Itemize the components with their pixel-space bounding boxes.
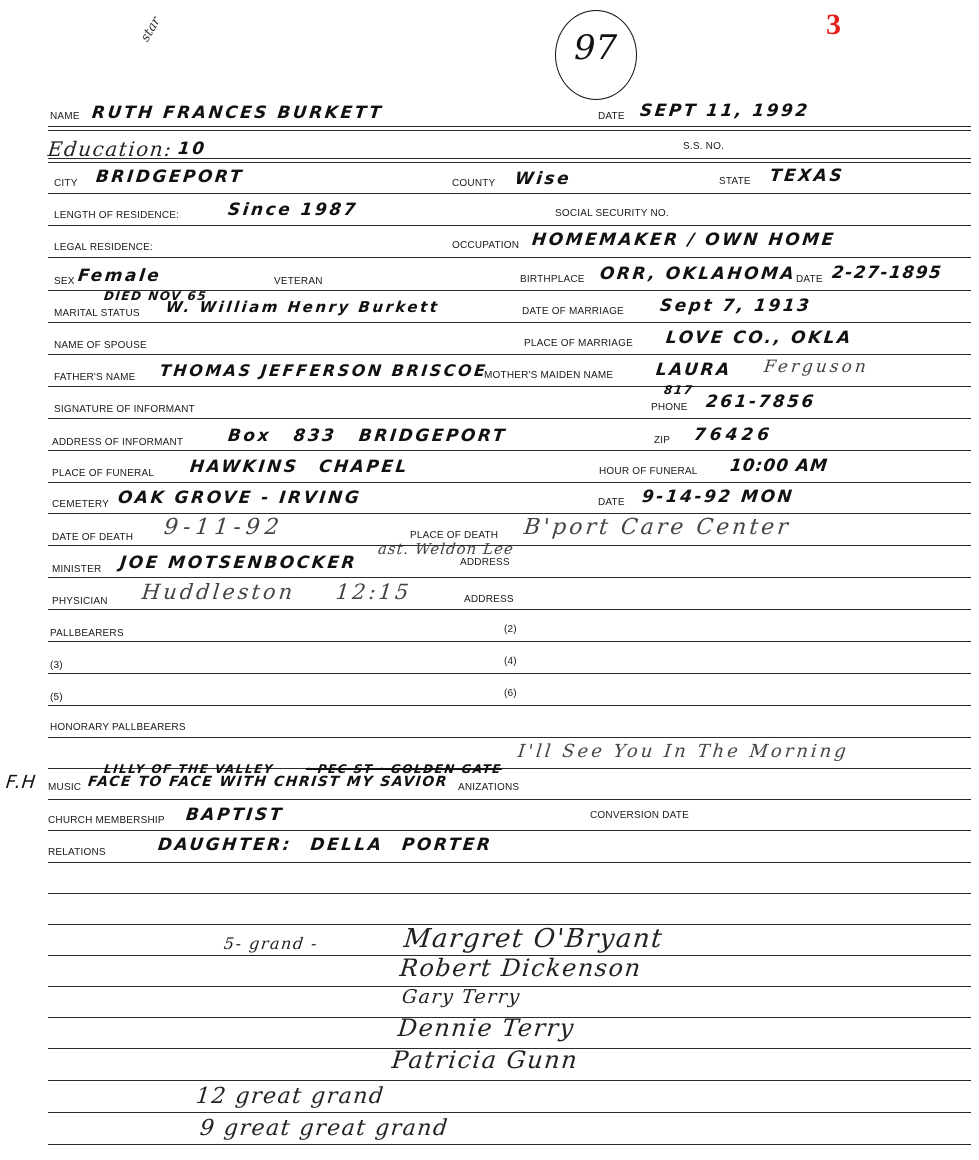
music-label: MUSIC xyxy=(48,782,81,793)
organizations-label: ANIZATIONS xyxy=(458,782,519,793)
great-great-grandchildren-note: 9 great great grand xyxy=(199,1116,450,1141)
date-field[interactable]: SEPT 11, 1992 xyxy=(639,101,811,121)
county-field[interactable]: Wise xyxy=(514,169,572,189)
church-membership-field[interactable]: BAPTIST xyxy=(185,805,285,825)
date-of-marriage-label: DATE OF MARRIAGE xyxy=(522,306,624,317)
signature-of-informant-label: SIGNATURE OF INFORMANT xyxy=(54,404,195,415)
pallbearer-slot-3: (3) xyxy=(50,660,63,671)
music-field[interactable]: FACE TO FACE WITH CHRIST MY SAVIOR xyxy=(87,774,449,790)
zip-field[interactable]: 76426 xyxy=(693,425,774,445)
fathers-name-field[interactable]: THOMAS JEFFERSON BRISCOE xyxy=(159,361,489,380)
hour-of-funeral-label: HOUR OF FUNERAL xyxy=(599,466,698,477)
conversion-date-label: CONVERSION DATE xyxy=(590,810,689,821)
place-of-death-field[interactable]: B'port Care Center xyxy=(523,515,792,540)
rule-minister xyxy=(48,577,971,578)
rule-relations-2 xyxy=(48,893,971,894)
cemetery-label: CEMETERY xyxy=(52,499,109,510)
grandchildren-count-label: 5- grand - xyxy=(223,934,319,953)
name-of-spouse-label: NAME OF SPOUSE xyxy=(54,340,147,351)
veteran-label: VETERAN xyxy=(274,276,323,287)
funeral-date-label: DATE xyxy=(598,497,625,508)
rule-legal-residence xyxy=(48,257,971,258)
marital-status-label: MARITAL STATUS xyxy=(54,308,140,319)
birth-date-label: DATE xyxy=(796,274,823,285)
address-of-informant-field[interactable]: Box 833 BRIDGEPORT xyxy=(227,426,508,446)
rule-music xyxy=(48,799,971,800)
rule-pallbearers-3[interactable] xyxy=(48,705,971,706)
pallbearers-label: PALLBEARERS xyxy=(50,628,124,639)
rule-relations-8 xyxy=(48,1080,971,1081)
fathers-name-label: FATHER'S NAME xyxy=(54,372,136,383)
physician-address-label: ADDRESS xyxy=(464,594,514,605)
length-of-residence-label: LENGTH OF RESIDENCE: xyxy=(54,210,179,221)
physician-time: 12:15 xyxy=(335,580,413,604)
occupation-field[interactable]: HOMEMAKER / OWN HOME xyxy=(531,230,837,250)
relations-label: RELATIONS xyxy=(48,847,106,858)
pallbearer-slot-6: (6) xyxy=(504,688,517,699)
sex-field[interactable]: Female xyxy=(77,266,162,286)
minister-address-label: ADDRESS xyxy=(460,557,510,568)
relations-field[interactable]: DAUGHTER: DELLA PORTER xyxy=(157,835,494,855)
education-field[interactable]: 10 xyxy=(177,139,208,159)
rule-physician xyxy=(48,609,971,610)
physician-field[interactable]: Huddleston xyxy=(141,580,297,604)
great-grandchildren-note: 12 great grand xyxy=(195,1084,386,1109)
rule-name xyxy=(48,126,971,127)
county-label: COUNTY xyxy=(452,178,495,189)
social-security-no-label: SOCIAL SECURITY NO. xyxy=(555,208,669,219)
ss-no-label: S.S. NO. xyxy=(683,141,724,152)
birth-date-field[interactable]: 2-27-1895 xyxy=(831,263,944,283)
rule-city xyxy=(48,193,971,194)
name-label: NAME xyxy=(50,111,80,122)
rule-spouse xyxy=(48,354,971,355)
pallbearer-slot-4: (4) xyxy=(504,656,517,667)
rule-relations-1 xyxy=(48,862,971,863)
rule-education xyxy=(48,158,971,159)
minister-field[interactable]: JOE MOTSENBOCKER xyxy=(119,553,358,573)
address-of-informant-label: ADDRESS OF INFORMANT xyxy=(52,437,183,448)
phone-area-code: 817 xyxy=(663,383,694,397)
mothers-maiden-name-label: MOTHER'S MAIDEN NAME xyxy=(484,370,613,381)
city-field[interactable]: BRIDGEPORT xyxy=(95,167,245,187)
mothers-maiden-surname-added: Ferguson xyxy=(763,357,870,377)
place-of-marriage-label: PLACE OF MARRIAGE xyxy=(524,338,633,349)
pallbearer-slot-5: (5) xyxy=(50,692,63,703)
funeral-record-form: star 97 3 NAME RUTH FRANCES BURKETT DATE… xyxy=(0,0,979,1160)
marital-status-field[interactable]: W. William Henry Burkett xyxy=(165,298,440,316)
legal-residence-label: LEGAL RESIDENCE: xyxy=(54,242,153,253)
city-label: CITY xyxy=(54,178,78,189)
date-of-death-label: DATE OF DEATH xyxy=(52,532,133,543)
date-label: DATE xyxy=(598,111,625,122)
grandchild-1: Margret O'Bryant xyxy=(402,924,664,954)
grandchild-5: Patricia Gunn xyxy=(391,1046,580,1074)
rule-relations-9 xyxy=(48,1112,971,1113)
grandchild-3: Gary Terry xyxy=(401,986,522,1008)
length-of-residence-field[interactable]: Since 1987 xyxy=(227,200,359,220)
assistant-minister-note: ast. Weldon Lee xyxy=(377,540,515,558)
state-field[interactable]: TEXAS xyxy=(769,166,845,186)
rule-pallbearers-1[interactable] xyxy=(48,641,971,642)
mothers-maiden-name-field[interactable]: LAURA xyxy=(655,360,733,380)
date-of-death-field[interactable]: 9-11-92 xyxy=(163,515,285,540)
cemetery-field[interactable]: OAK GROVE - IRVING xyxy=(117,488,362,508)
name-field[interactable]: RUTH FRANCES BURKETT xyxy=(91,103,384,123)
minister-label: MINISTER xyxy=(52,564,101,575)
grandchild-2: Robert Dickenson xyxy=(399,954,644,982)
birthplace-field[interactable]: ORR, OKLAHOMA xyxy=(599,264,797,284)
zip-label: ZIP xyxy=(654,435,670,446)
phone-label: PHONE xyxy=(651,402,688,413)
rule-honorary[interactable] xyxy=(48,737,971,738)
rule-cemetery xyxy=(48,513,971,514)
music-margin-note: F.H xyxy=(5,772,38,793)
circled-record-number: 97 xyxy=(574,28,617,68)
pallbearer-slot-2: (2) xyxy=(504,624,517,635)
funeral-date-field[interactable]: 9-14-92 MON xyxy=(641,487,795,507)
state-label: STATE xyxy=(719,176,751,187)
place-of-marriage-field[interactable]: LOVE CO., OKLA xyxy=(665,328,854,348)
place-of-funeral-field[interactable]: HAWKINS CHAPEL xyxy=(189,457,410,477)
date-of-marriage-field[interactable]: Sept 7, 1913 xyxy=(659,296,813,316)
physician-label: PHYSICIAN xyxy=(52,596,108,607)
rule-address xyxy=(48,450,971,451)
honorary-pallbearers-label: HONORARY PALLBEARERS xyxy=(50,722,186,733)
occupation-label: OCCUPATION xyxy=(452,240,519,251)
hour-of-funeral-field[interactable]: 10:00 AM xyxy=(729,456,829,476)
music-added-song: I'll See You In The Morning xyxy=(517,741,850,762)
rule-marital-status xyxy=(48,322,971,323)
rule-relations-10 xyxy=(48,1144,971,1145)
grandchild-4: Dennie Terry xyxy=(397,1014,577,1042)
phone-field[interactable]: 261-7856 xyxy=(705,392,817,412)
rule-church xyxy=(48,830,971,831)
church-membership-label: CHURCH MEMBERSHIP xyxy=(48,815,165,826)
margin-scribble: star xyxy=(138,15,164,45)
rule-father xyxy=(48,386,971,387)
rule-signature xyxy=(48,418,971,419)
page-number: 3 xyxy=(826,8,841,42)
place-of-funeral-label: PLACE OF FUNERAL xyxy=(52,468,154,479)
rule-residence xyxy=(48,225,971,226)
rule-pallbearers-2[interactable] xyxy=(48,673,971,674)
rule-funeral-place xyxy=(48,482,971,483)
sex-label: SEX xyxy=(54,276,75,287)
birthplace-label: BIRTHPLACE xyxy=(520,274,585,285)
